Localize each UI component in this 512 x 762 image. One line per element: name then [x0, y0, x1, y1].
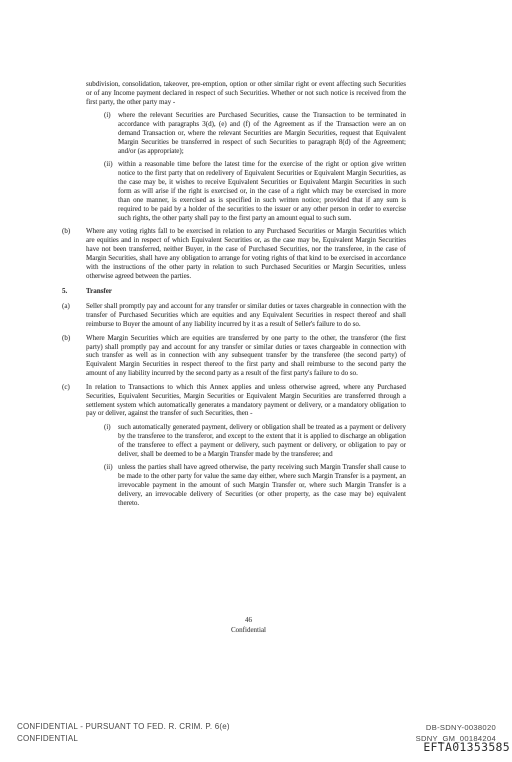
paragraph-continuation: subdivision, consolidation, takeover, pr… [86, 80, 406, 107]
clause-5a: (a) Seller shall promptly pay and accoun… [0, 302, 512, 329]
scanned-document-page: subdivision, consolidation, takeover, pr… [0, 0, 512, 762]
clause-5b: (b) Where Margin Securities which are eq… [0, 334, 512, 379]
clause-label: (b) [62, 334, 86, 379]
clause-label: (ii) [104, 160, 118, 222]
section-number: 5. [62, 287, 86, 296]
page-footer: 46 Confidential [0, 615, 497, 635]
clause-text: Seller shall promptly pay and account fo… [86, 302, 406, 329]
clause-text: Where Margin Securities which are equiti… [86, 334, 406, 379]
confidentiality-stamp: CONFIDENTIAL - PURSUANT TO FED. R. CRIM.… [17, 721, 230, 744]
clause-b-voting-rights: (b) Where any voting rights fall to be e… [0, 227, 512, 280]
clause-text: such automatically generated payment, de… [118, 423, 406, 459]
clause-i: (i) where the relevant Securities are Pu… [0, 111, 512, 156]
clause-label: (ii) [104, 463, 118, 508]
clause-text: Where any voting rights fall to be exerc… [86, 227, 406, 280]
bates-number-stamp: EFTA01353585 [423, 741, 510, 754]
clause-label: (b) [62, 227, 86, 280]
section-title: Transfer [86, 287, 112, 296]
clause-label: (a) [62, 302, 86, 329]
production-number-db-sdny: DB-SDNY-0038020 [416, 722, 496, 733]
clause-text: unless the parties shall have agreed oth… [118, 463, 406, 508]
clause-label: (i) [104, 423, 118, 459]
clause-text: within a reasonable time before the late… [118, 160, 406, 222]
section-5-heading: 5. Transfer [0, 287, 512, 296]
clause-5c: (c) In relation to Transactions to which… [0, 383, 512, 419]
confidential-footer-label: Confidential [0, 625, 497, 635]
page-number: 46 [0, 615, 497, 625]
clause-label: (i) [104, 111, 118, 156]
clause-label: (c) [62, 383, 86, 419]
clause-ii: (ii) within a reasonable time before the… [0, 160, 512, 222]
document-body: subdivision, consolidation, takeover, pr… [0, 80, 512, 512]
clause-5c-i: (i) such automatically generated payment… [0, 423, 512, 459]
clause-text: where the relevant Securities are Purcha… [118, 111, 406, 156]
clause-text: In relation to Transactions to which thi… [86, 383, 406, 419]
confidentiality-stamp-line2: CONFIDENTIAL [17, 733, 230, 745]
confidentiality-stamp-line1: CONFIDENTIAL - PURSUANT TO FED. R. CRIM.… [17, 721, 230, 733]
clause-5c-ii: (ii) unless the parties shall have agree… [0, 463, 512, 508]
